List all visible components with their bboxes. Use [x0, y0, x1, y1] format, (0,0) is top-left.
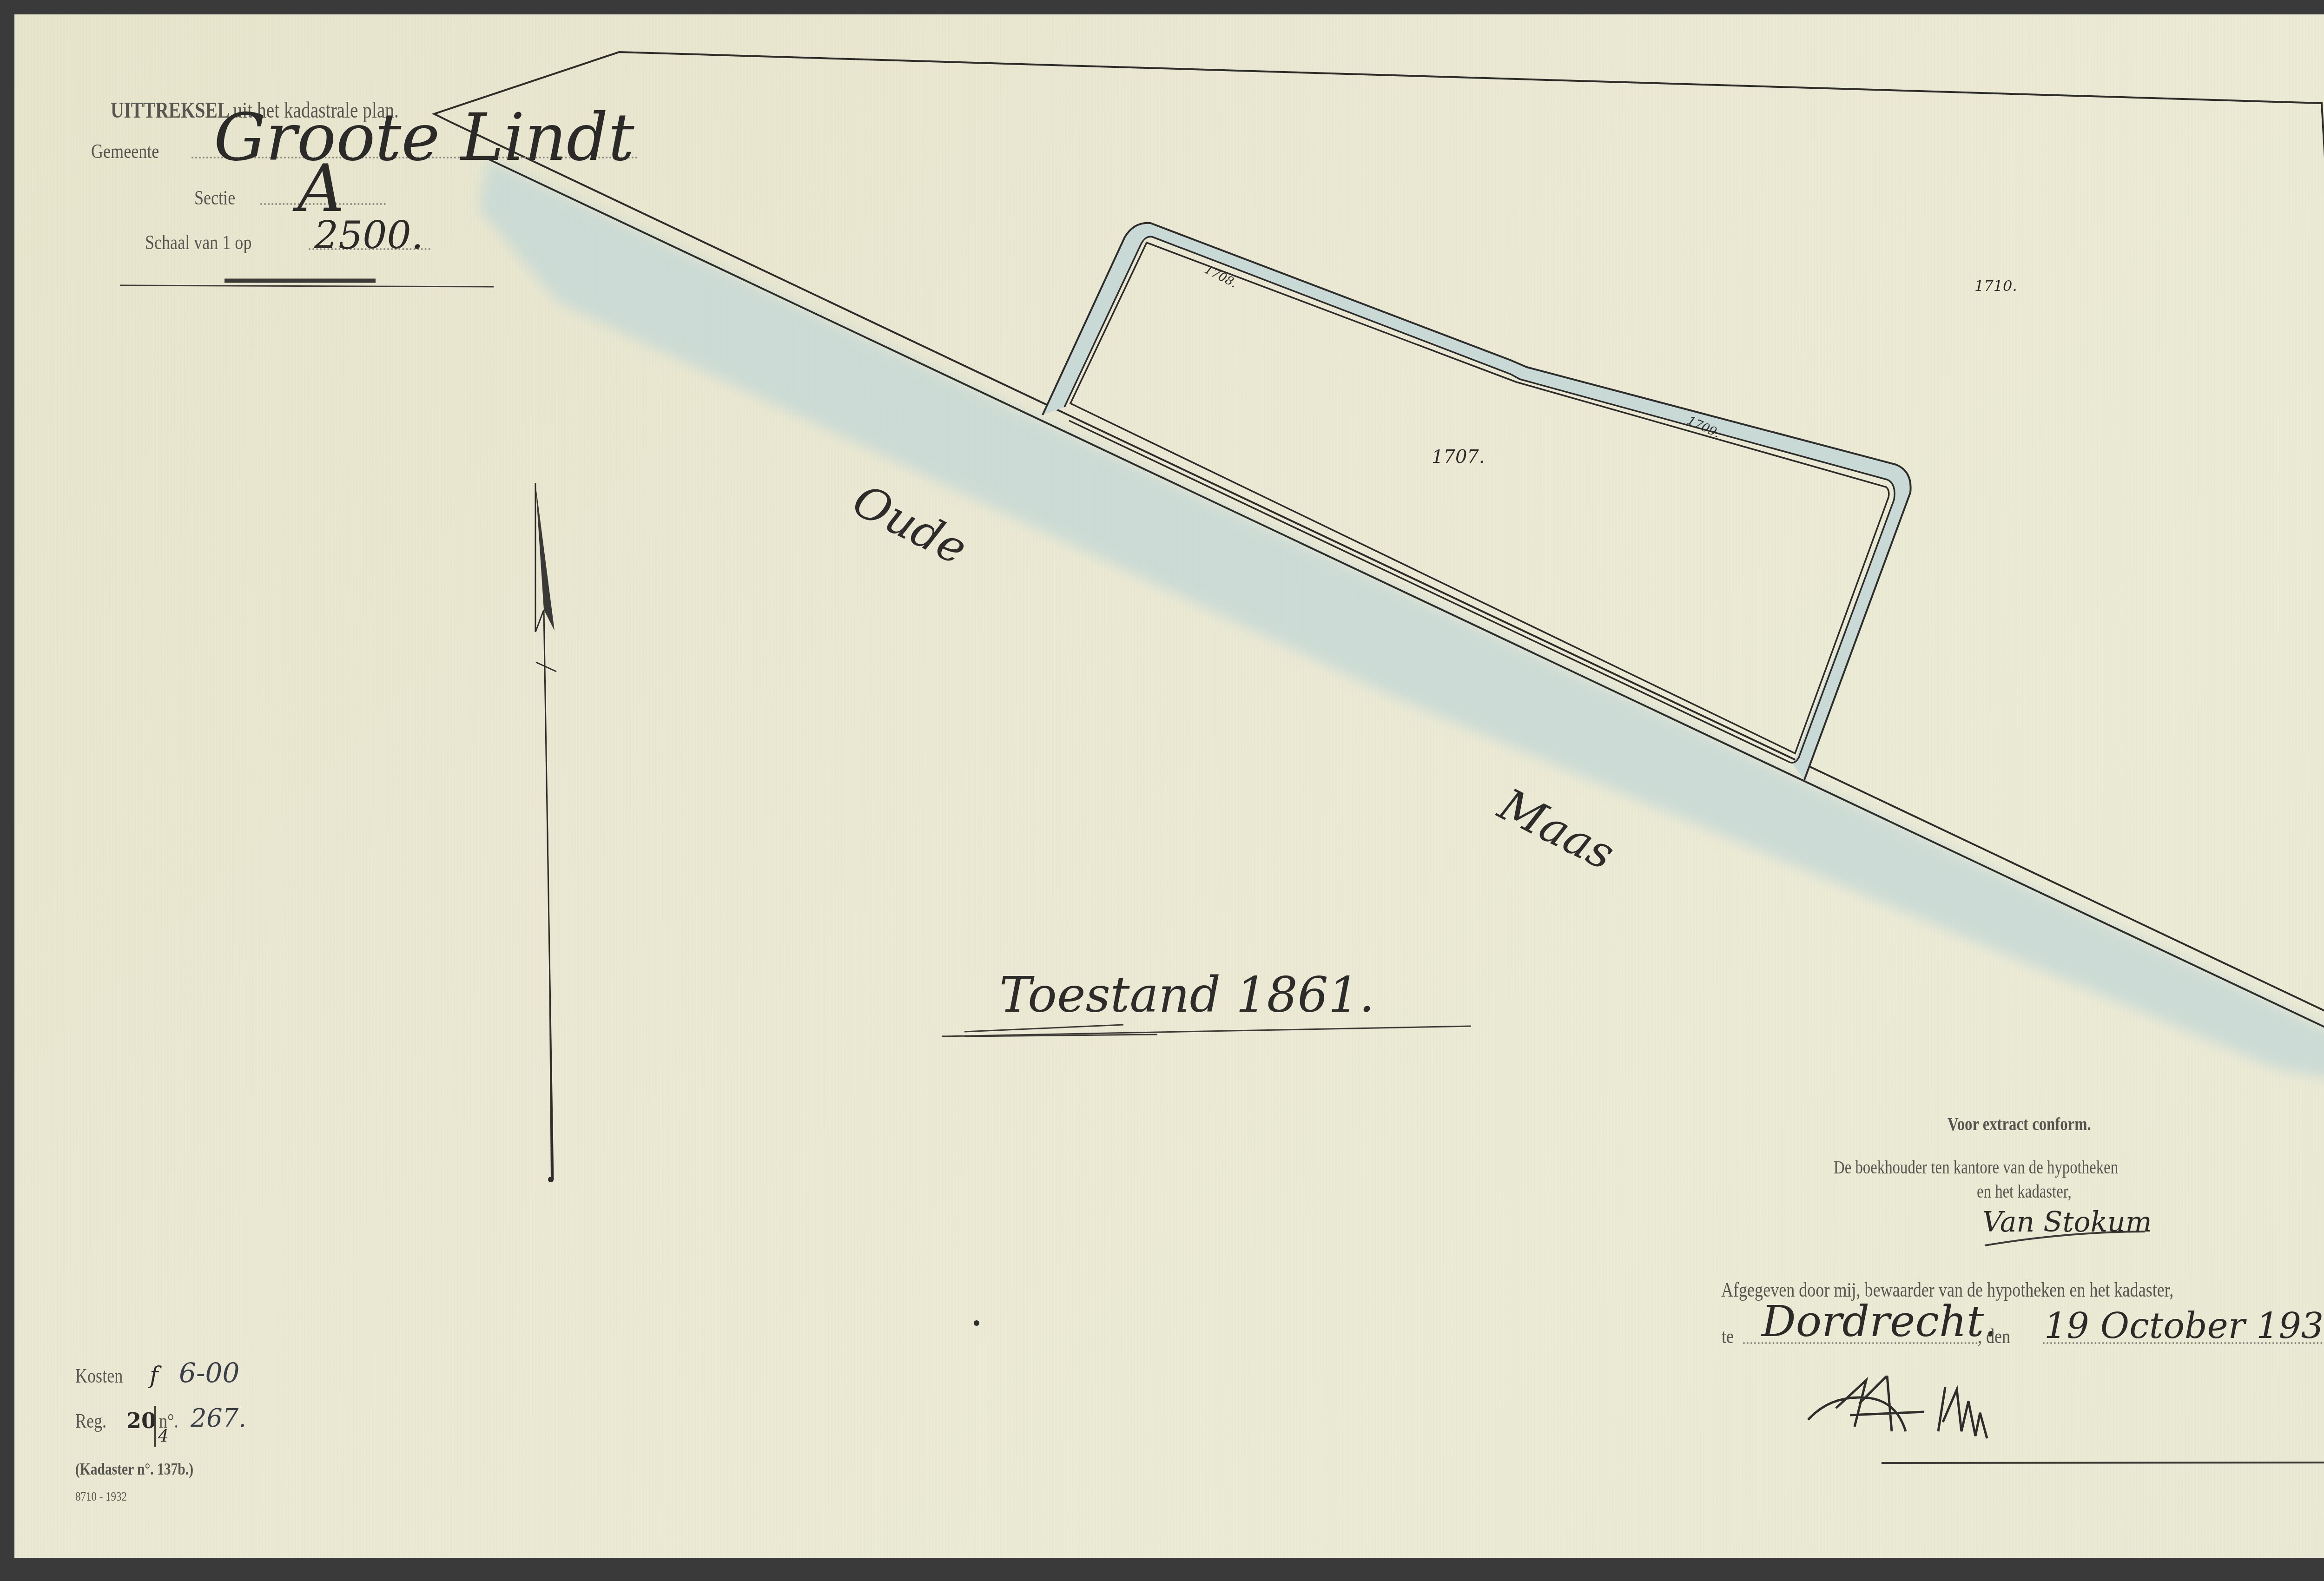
header-rules — [120, 281, 494, 287]
reg-divider — [154, 1406, 156, 1447]
certification-line-1: De boekhouder ten kantore van de hypothe… — [1834, 1156, 2118, 1178]
print-code: 8710 - 1932 — [75, 1489, 127, 1504]
north-arrow-icon — [535, 483, 556, 1182]
reg-no-value: 267. — [191, 1403, 246, 1433]
state-title: Toestand 1861. — [999, 967, 1374, 1023]
river-wash — [479, 159, 2324, 1083]
gemeente-value: Groote Lindt — [214, 100, 634, 176]
reg-no-label: n°. — [159, 1409, 178, 1433]
kosten-value: 6-00 — [179, 1357, 239, 1389]
den-label: , den — [1978, 1324, 2010, 1348]
signature-underline — [1882, 1462, 2324, 1463]
kosten-currency: f — [150, 1362, 158, 1389]
issue-date: 19 October 1933. — [2044, 1305, 2324, 1346]
form-number: (Kadaster n°. 137b.) — [75, 1459, 193, 1479]
boekhouder-signature: Van Stokum — [1982, 1206, 2152, 1238]
extract-title-bold: UITTREKSEL — [111, 98, 229, 123]
parcel-number-1710: 1710. — [1974, 277, 2017, 295]
parcel-number-1707: 1707. — [1432, 446, 1485, 468]
gemeente-label: Gemeente — [91, 139, 159, 163]
schaal-value: 2500. — [314, 214, 423, 258]
schaal-label: Schaal van 1 op — [145, 231, 251, 254]
certification-heading: Voor extract conform. — [1948, 1113, 2091, 1135]
reg-value-top: 20 — [126, 1408, 156, 1433]
reg-label: Reg. — [75, 1409, 106, 1433]
ink-dot — [974, 1320, 979, 1326]
certification-line-2: en het kadaster, — [1977, 1180, 2072, 1202]
kosten-label: Kosten — [75, 1364, 123, 1388]
issue-place: Dordrecht. — [1762, 1297, 1997, 1346]
outer-boundary — [434, 52, 2324, 1035]
sectie-label: Sectie — [194, 186, 235, 210]
title-underline — [942, 1025, 1471, 1036]
te-label: te — [1722, 1324, 1734, 1348]
bewaarder-signature — [1803, 1376, 2013, 1441]
